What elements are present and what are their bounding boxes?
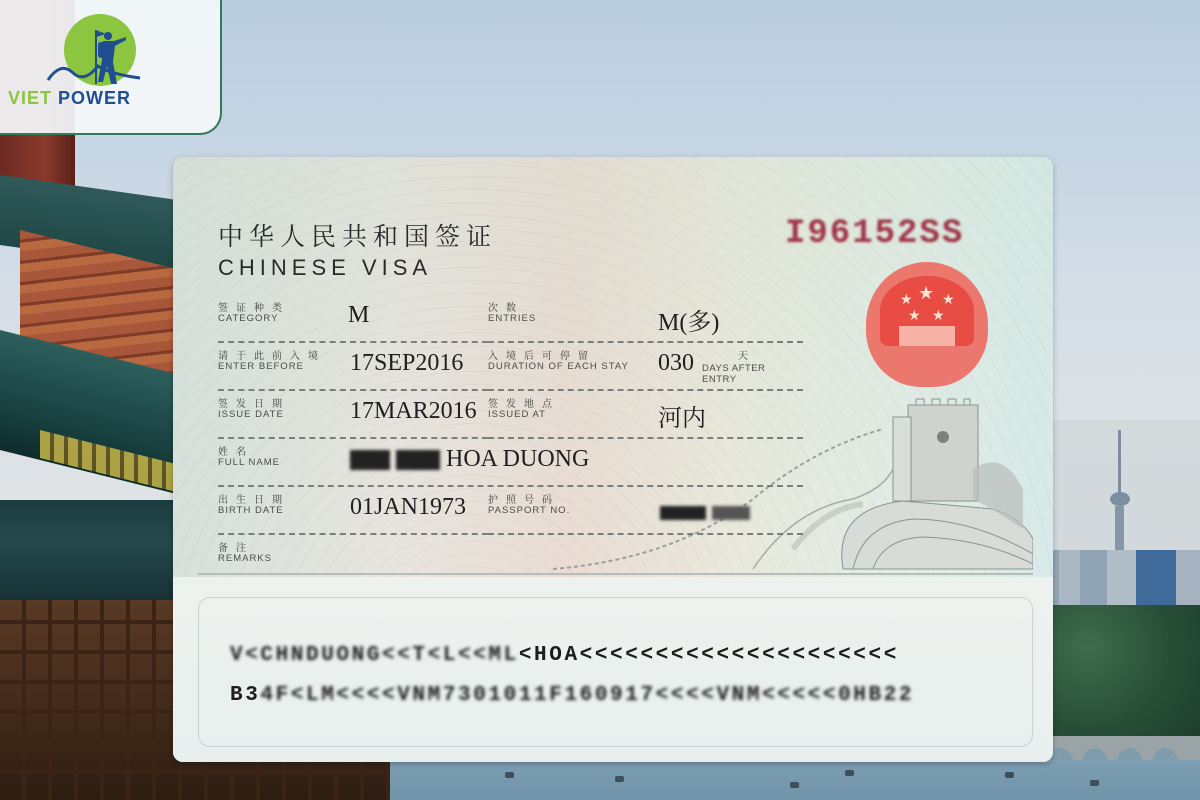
- entries-value: M(多): [658, 302, 719, 337]
- star-icon: ★: [918, 284, 934, 302]
- boat-icon: [505, 772, 514, 778]
- duration-unit-en: DAYS AFTER ENTRY: [702, 363, 803, 385]
- tv-tower: [1118, 430, 1121, 500]
- chinese-visa-document: 中华人民共和国签证 CHINESE VISA I96152SS ★ ★ ★ ★ …: [173, 157, 1053, 762]
- field-full-name: 姓名 Full Name HOA DUONG: [218, 439, 803, 487]
- trees: [1040, 605, 1200, 745]
- beijing-skyline-photo: [1040, 420, 1200, 800]
- city-buildings: [1040, 550, 1200, 610]
- field-birth-date: 出生日期 Birth Date 01JAN1973: [218, 487, 488, 535]
- logo-wordmark: VIETPOWER: [8, 88, 131, 109]
- field-issued-at: 签发地点 Issued At 河内: [488, 391, 803, 439]
- name-redaction: [396, 450, 440, 470]
- enter-before-value: 17SEP2016: [350, 350, 463, 377]
- visa-title-chinese: 中华人民共和国签证: [218, 217, 497, 253]
- boat-icon: [845, 770, 854, 776]
- duration-unit-cn: 天: [738, 347, 748, 362]
- field-issue-date: 签发日期 Issue Date 17MAR2016: [218, 391, 488, 439]
- issue-date-value: 17MAR2016: [350, 398, 477, 425]
- boat-icon: [1005, 772, 1014, 778]
- passport-redaction: [660, 506, 706, 520]
- boat-icon: [790, 782, 799, 788]
- field-duration: 入境后可停留 Duration of Each Stay 030 天 DAYS …: [488, 343, 803, 391]
- star-icon: ★: [900, 292, 913, 306]
- category-value: M: [348, 302, 369, 329]
- mrz-line-2-visible: B3: [230, 684, 260, 707]
- visa-number-redacted: I96152SS: [785, 215, 964, 253]
- star-icon: ★: [932, 308, 945, 322]
- full-name-visible-value: HOA DUONG: [446, 446, 589, 472]
- star-icon: ★: [908, 308, 921, 322]
- viet-power-logo: VIETPOWER: [0, 0, 222, 135]
- hiker-mountain-icon: [40, 22, 160, 92]
- mrz-line-2-redacted: 4F<LM<<<<VNM7301011F160917<<<<VNM<<<<<0H…: [260, 684, 914, 707]
- star-icon: ★: [942, 292, 955, 306]
- issued-at-value: 河内: [658, 398, 706, 433]
- field-category: 签证种类 Category M: [218, 295, 488, 343]
- passport-redaction: [712, 506, 750, 520]
- name-redaction: [350, 450, 390, 470]
- field-remarks: 备注 Remarks: [218, 535, 488, 583]
- field-enter-before: 请于此前入境 Enter Before 17SEP2016: [218, 343, 488, 391]
- logo-text-viet: VIET: [8, 88, 52, 108]
- boat-icon: [1090, 780, 1099, 786]
- birth-date-value: 01JAN1973: [350, 494, 466, 521]
- mrz-line-1: V<CHNDUONG<<T<L<<ML<HOA<<<<<<<<<<<<<<<<<…: [230, 644, 899, 667]
- field-passport-no: 护照号码 Passport No.: [488, 487, 803, 535]
- lake-water: [390, 760, 1200, 800]
- duration-value: 030: [658, 350, 694, 377]
- mrz-line-1-visible: <HOA<<<<<<<<<<<<<<<<<<<<<: [519, 644, 899, 667]
- national-emblem-icon: ★ ★ ★ ★ ★: [866, 262, 988, 387]
- logo-text-power: POWER: [58, 88, 131, 108]
- tiananmen-gate-icon: [899, 326, 955, 346]
- field-entries: 次数 Entries M(多): [488, 295, 803, 343]
- mrz-line-1-redacted: V<CHNDUONG<<T<L<<ML: [230, 644, 519, 667]
- mrz-line-2: B34F<LM<<<<VNM7301011F160917<<<<VNM<<<<<…: [230, 684, 914, 707]
- boat-icon: [615, 776, 624, 782]
- visa-title-english: CHINESE VISA: [218, 255, 432, 281]
